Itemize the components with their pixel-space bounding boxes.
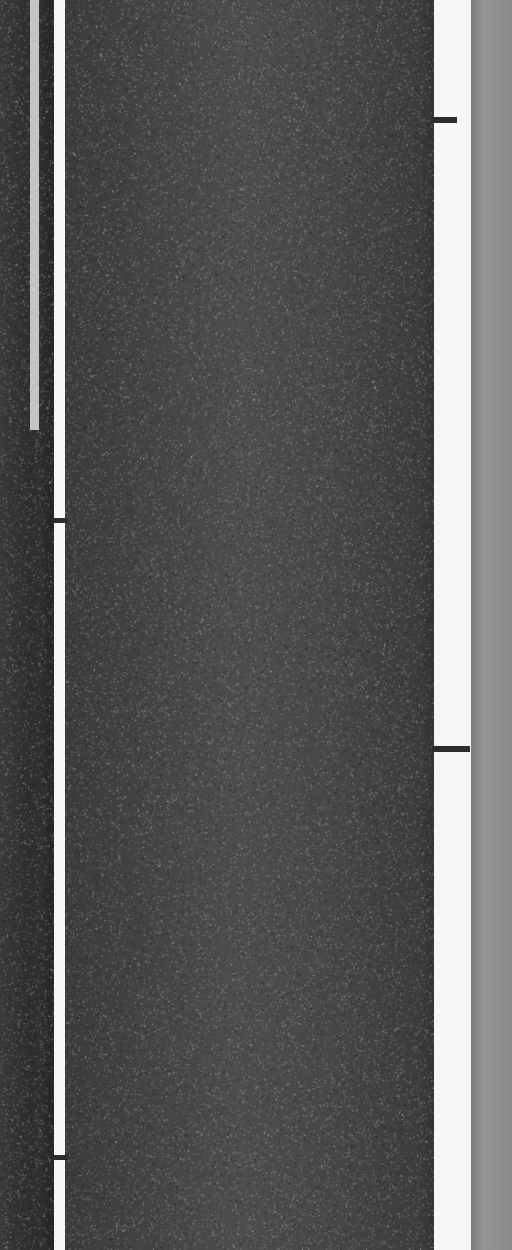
right-line-joint [432,746,470,752]
road-shoulder [471,0,512,1250]
left-lane-line [54,0,65,1250]
left-line-joint [54,1155,68,1160]
right-edge-line [434,0,471,1250]
right-line-joint [432,117,457,123]
left-outer-line [30,0,39,430]
left-line-joint [54,518,68,523]
road-scene [0,0,512,1250]
